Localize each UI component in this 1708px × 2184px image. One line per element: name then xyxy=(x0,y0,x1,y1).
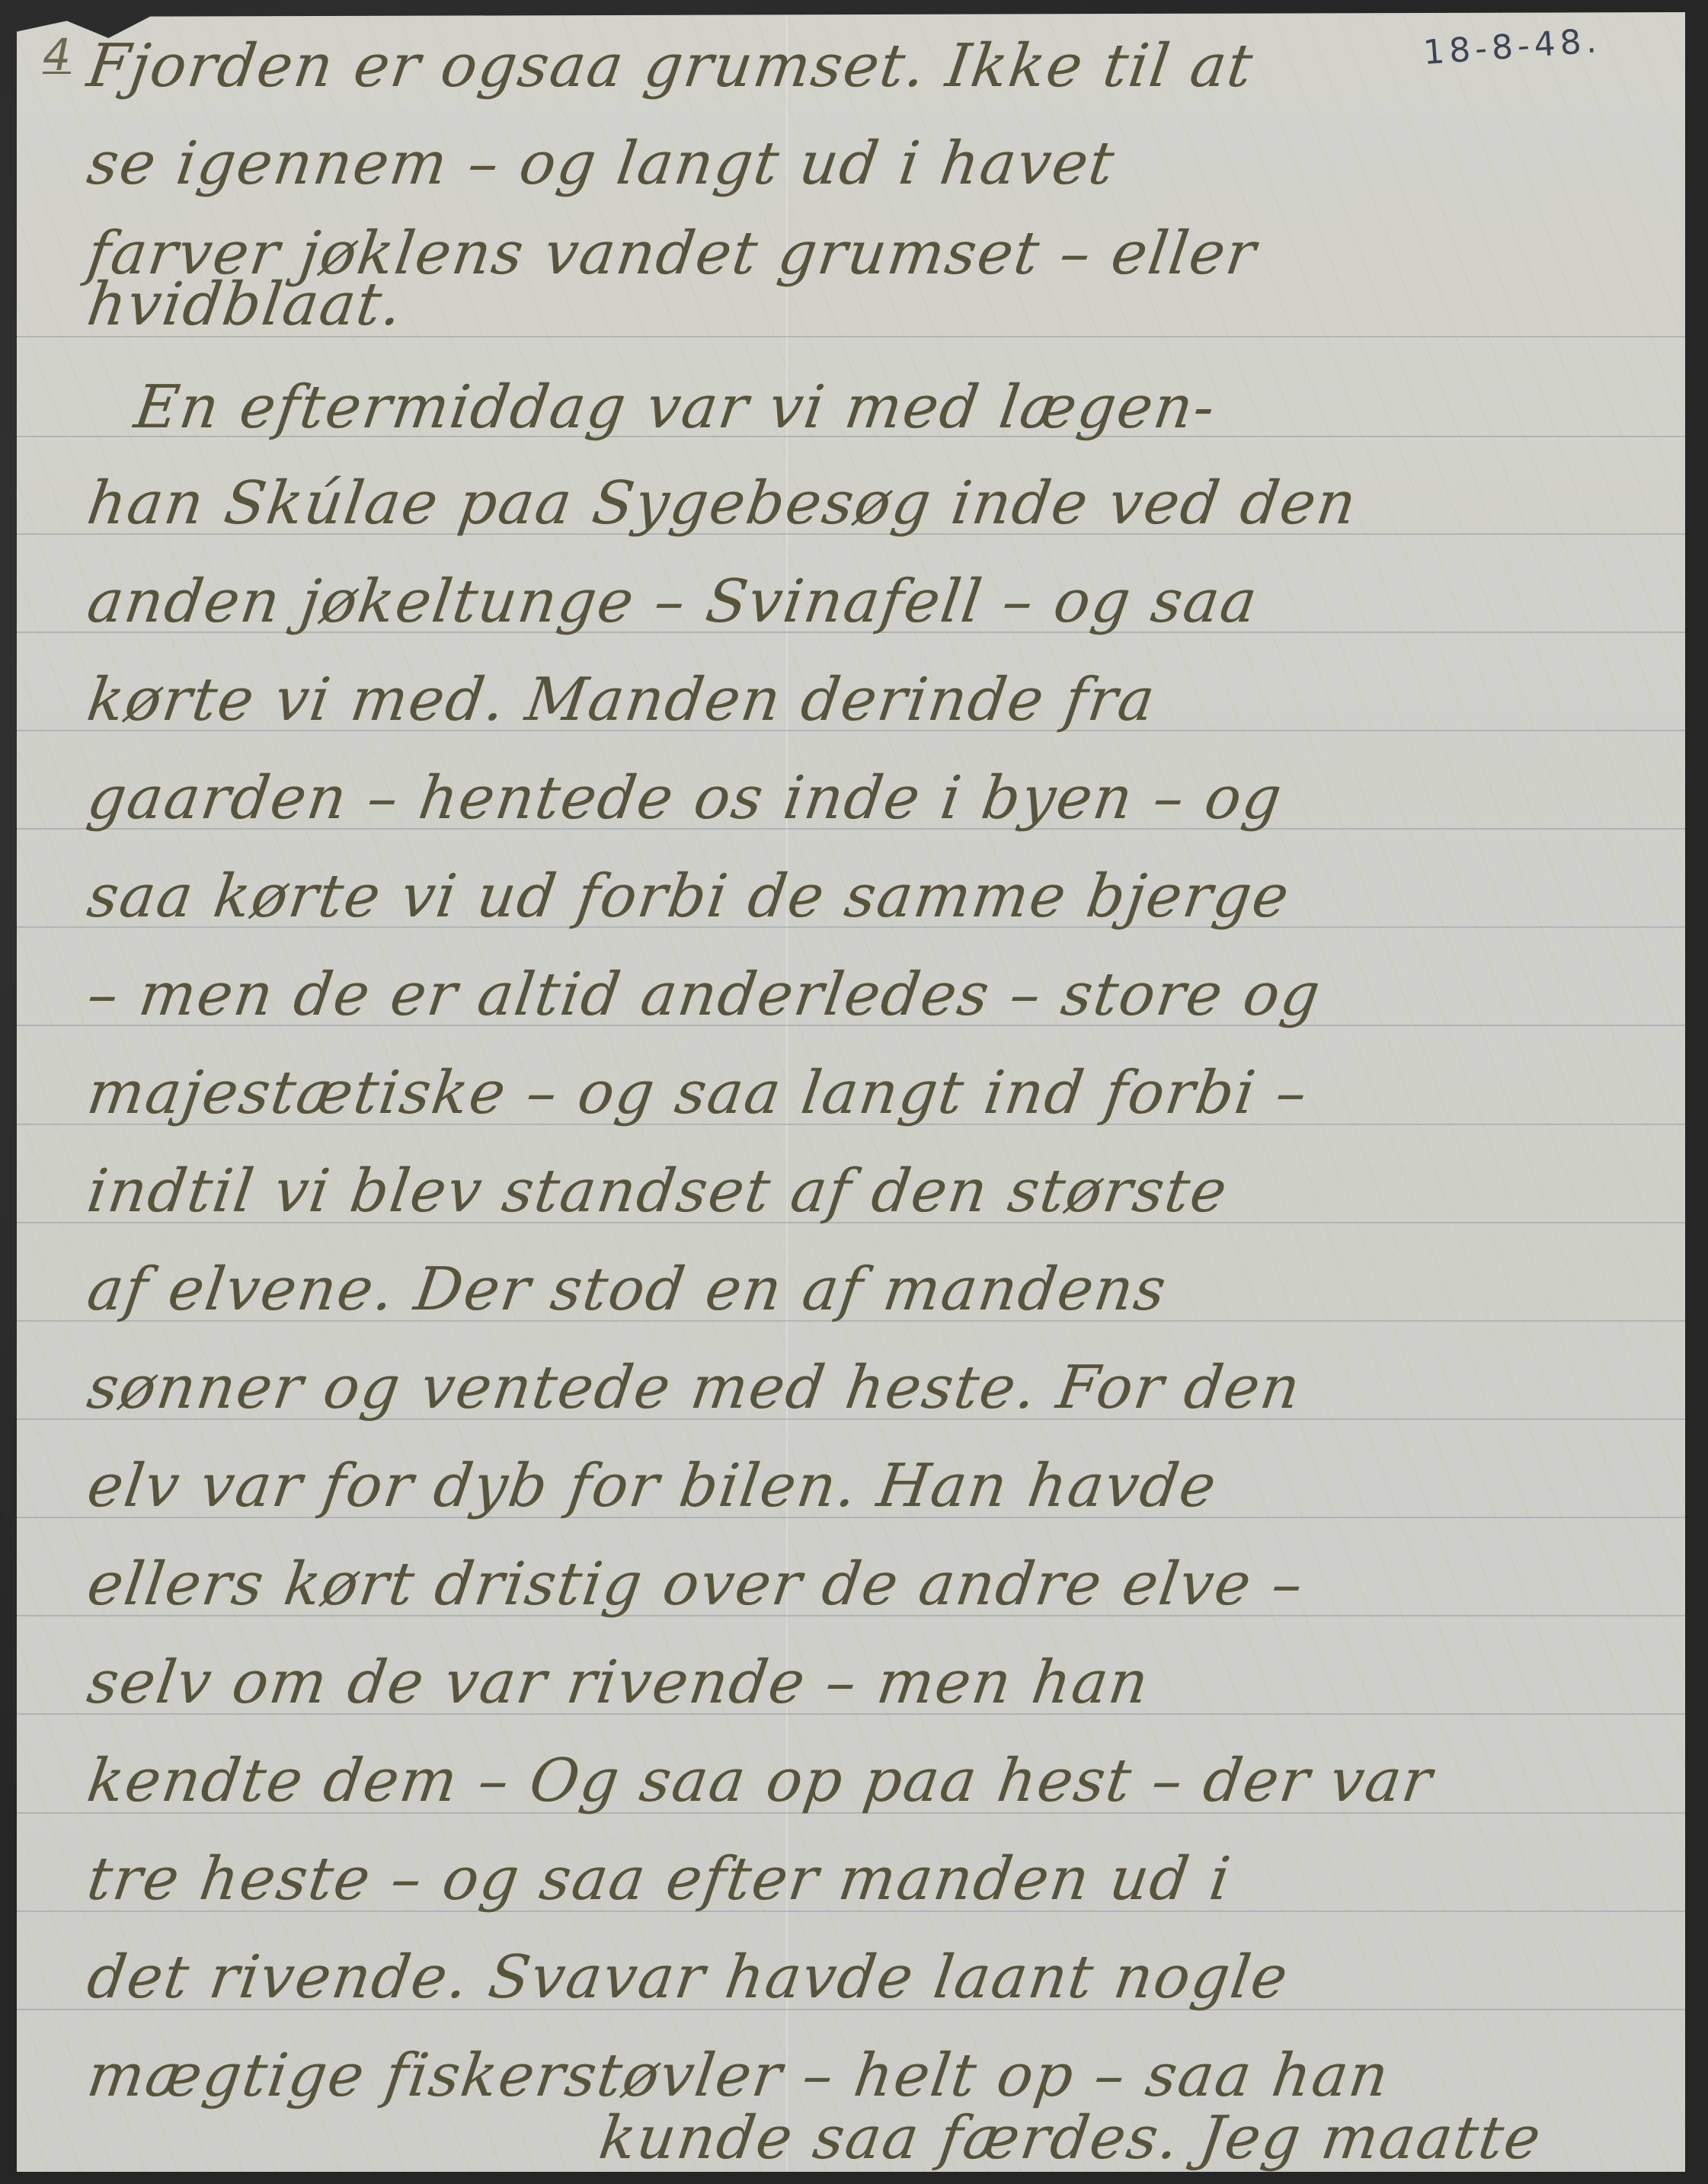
handwritten-line: det rivende. Svavar havde laant nogle xyxy=(84,1948,1663,2007)
handwritten-line: majestætiske – og saa langt ind forbi – xyxy=(84,1063,1663,1123)
handwritten-line: – men de er altid anderledes – store og xyxy=(84,965,1663,1025)
handwritten-line: indtil vi blev standset af den største xyxy=(84,1162,1663,1221)
handwritten-line: ellers kørt dristig over de andre elve – xyxy=(84,1555,1663,1614)
handwritten-line: mægtige fiskerstøvler – helt op – saa ha… xyxy=(84,2046,1663,2106)
handwritten-line: kørte vi med. Manden derinde fra xyxy=(84,670,1663,730)
handwritten-line: han Skúlae paa Sygebesøg inde ved den xyxy=(84,474,1663,533)
handwritten-line: hvidblaat. xyxy=(84,275,1663,334)
letter-page: 4 18-8-48. Fjorden er ogsaa grumset. Ikk… xyxy=(17,12,1685,2172)
handwritten-line: gaarden – hentede os inde i byen – og xyxy=(84,769,1663,828)
handwritten-line: kunde saa færdes. Jeg maatte xyxy=(596,2109,1663,2168)
handwritten-line: elv var for dyb for bilen. Han havde xyxy=(84,1457,1663,1516)
handwritten-line: En eftermiddag var vi med lægen- xyxy=(131,378,1663,437)
handwritten-line: tre heste – og saa efter manden ud i xyxy=(84,1850,1663,1909)
handwritten-line: Fjorden er ogsaa grumset. Ikke til at xyxy=(84,37,1663,96)
handwritten-line: saa kørte vi ud forbi de samme bjerge xyxy=(84,867,1663,926)
handwritten-line: anden jøkeltunge – Svinafell – og saa xyxy=(84,572,1663,632)
handwritten-line: kendte dem – Og saa op paa hest – der va… xyxy=(84,1751,1663,1811)
handwritten-line: af elvene. Der stod en af mandens xyxy=(84,1260,1663,1319)
handwritten-line: se igennem – og langt ud i havet xyxy=(84,134,1663,193)
handwritten-line: selv om de var rivende – men han xyxy=(84,1653,1663,1712)
handwritten-line: sønner og ventede med heste. For den xyxy=(84,1358,1663,1418)
page-number: 4 xyxy=(43,29,71,81)
